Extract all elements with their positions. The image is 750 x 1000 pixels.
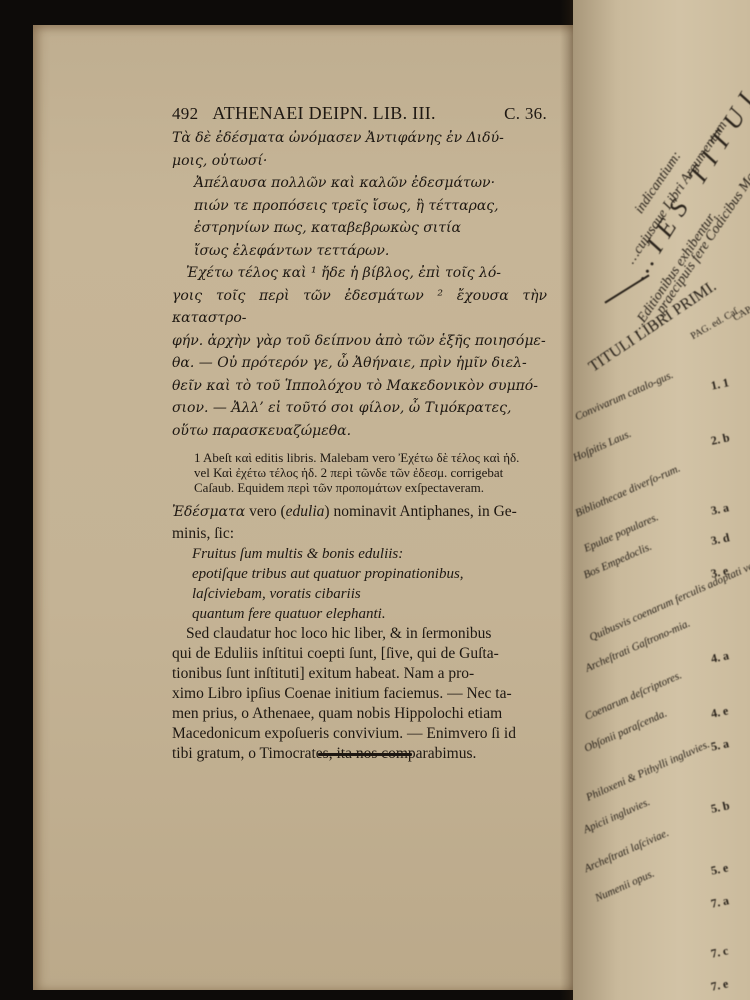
section-rule xyxy=(604,274,649,303)
text-line: μοις, οὑτωσί· xyxy=(172,150,547,173)
text-line: Ἐδέσματα vero (edulia) nominavit Antipha… xyxy=(172,501,547,524)
toc-entry: Numenii opus. xyxy=(593,868,656,905)
italic-word: edulia xyxy=(286,503,325,520)
toc-page: 3. a xyxy=(710,500,731,518)
verse-line: Fruitus ſum multis & bonis eduliis: xyxy=(192,544,547,564)
text-line: qui de Eduliis inſtitui coepti ſunt, [ſi… xyxy=(172,644,547,664)
latin-verse: Fruitus ſum multis & bonis eduliis: epot… xyxy=(172,544,547,624)
text-line: Τὰ δὲ ἐδέσματα ὠνόμασεν Ἀντιφάνης ἐν Διδ… xyxy=(172,127,547,150)
column-head: PAG. ed. Caſ. xyxy=(689,305,742,342)
greek-paragraph: Ἐχέτω τέλος καὶ ¹ ἤδε ἡ βίβλος, ἐπὶ τοῖς… xyxy=(172,262,547,442)
right-page: …IES TITULO… …cujusque Libri Argumentum … xyxy=(573,0,750,1000)
text-line: σιον. — Ἀλλ’ εἰ τοῦτό σοι φίλον, ὦ Τιμόκ… xyxy=(172,397,547,420)
greek-word: Ἐδέσματα xyxy=(172,504,245,520)
text-line: men prius, o Athenaee, quam nobis Hippol… xyxy=(172,704,547,724)
toc-entry: Coenarum deſcriptores. xyxy=(583,669,684,723)
toc-page: 7. c xyxy=(710,943,730,961)
text-line: Ἐχέτω τέλος καὶ ¹ ἤδε ἡ βίβλος, ἐπὶ τοῖς… xyxy=(172,262,547,285)
toc-entry: Philoxeni & Pithylli ingluvies. xyxy=(584,738,711,803)
footnotes: 1 Abeſt καὶ editis libris. Malebam vero … xyxy=(194,450,547,495)
verse-line: Ἀπέλαυσα πολλῶν καὶ καλῶν ἐδεσμάτων· xyxy=(194,172,547,195)
verse-line: ἴσως ἐλεφάντων τεττάρων. xyxy=(194,240,547,263)
greek-verse: Ἀπέλαυσα πολλῶν καὶ καλῶν ἐδεσμάτων· πιώ… xyxy=(172,172,547,262)
toc-page: 4. e xyxy=(710,703,730,721)
toc-page: 1. 1 xyxy=(710,375,731,393)
text-line: φήν. ἀρχὴν γὰρ τοῦ δείπνου ἀπὸ τῶν ἑξῆς … xyxy=(172,330,547,353)
running-head: 492 ATHENAEI DEIPN. LIB. III. C. 36. xyxy=(172,103,547,124)
toc-page: 5. a xyxy=(710,736,731,754)
text-line: ximo Libro ipſius Coenae initium faciemu… xyxy=(172,684,547,704)
toc-entry: Hoſpitis Laus. xyxy=(573,428,633,464)
text-line: Macedonicum expoſueris convivium. — Enim… xyxy=(172,724,547,744)
toc-page: 5. e xyxy=(710,860,730,878)
text-line: tionibus ſunt inſtituti] exitum habeat. … xyxy=(172,664,547,684)
toc-page: 5. b xyxy=(710,798,731,817)
toc-page: 4. a xyxy=(710,648,731,666)
end-of-book-rule xyxy=(318,753,412,756)
chapter-number: C. 36. xyxy=(504,104,547,124)
text-line: Sed claudatur hoc loco hic liber, & in ſ… xyxy=(172,624,547,644)
toc-entry: Archeſtrati laſciviae. xyxy=(583,827,671,875)
text-line: γοις τοῖς περὶ τῶν ἐδεσμάτων ² ἔχουσα τὴ… xyxy=(172,285,547,330)
toc-page: 7. e xyxy=(710,976,730,994)
left-page-text: 492 ATHENAEI DEIPN. LIB. III. C. 36. Τὰ … xyxy=(172,103,547,764)
footnote-line: vel Καὶ ἐχέτω τέλος ἡδ. 2 περὶ τῶνδε τῶν… xyxy=(194,465,547,480)
text-line: θεῖν καὶ τὸ τοῦ Ἱππολόχου τὸ Μακεδονικὸν… xyxy=(172,375,547,398)
running-title: ATHENAEI DEIPN. LIB. III. xyxy=(212,103,504,124)
verse-line: laſciviebam, voratis cibariis xyxy=(192,584,547,604)
verse-line: πιών τε προπόσεις τρεῖς ἴσως, ἢ τέτταρας… xyxy=(194,195,547,218)
right-page-text: …IES TITULO… …cujusque Libri Argumentum … xyxy=(573,0,750,1000)
text-line: θα. — Οὐ πρότερόν γε, ὦ Ἀθήναιε, πρὶν ἡμ… xyxy=(172,352,547,375)
greek-intro: Τὰ δὲ ἐδέσματα ὠνόμασεν Ἀντιφάνης ἐν Διδ… xyxy=(172,127,547,172)
verse-line: ἐστρηνίων πως, καταβεβρωκὼς σιτία xyxy=(194,217,547,240)
text-line: minis, ſic: xyxy=(172,524,547,544)
toc-page: 2. b xyxy=(710,430,731,449)
text-line: οὕτω παρασκευαζώμεθα. xyxy=(172,420,547,443)
verse-line: quantum fere quatuor elephanti. xyxy=(192,604,547,624)
verse-line: epotiſque tribus aut quatuor propination… xyxy=(192,564,547,584)
footnote-line: Caſaub. Equidem περὶ τῶν προπομάτων exſp… xyxy=(194,480,547,495)
footnote-line: 1 Abeſt καὶ editis libris. Malebam vero … xyxy=(194,450,547,465)
latin-paragraph: Sed claudatur hoc loco hic liber, & in ſ… xyxy=(172,624,547,764)
toc-entry: Bibliothecae diverſo-rum. xyxy=(573,462,682,519)
toc-entry: Convivarum catalo-gus. xyxy=(573,369,675,423)
latin-intro: Ἐδέσματα vero (edulia) nominavit Antipha… xyxy=(172,501,547,544)
toc-page: 3. d xyxy=(710,530,731,549)
page-number: 492 xyxy=(172,104,198,124)
toc-page: 7. a xyxy=(710,893,731,911)
